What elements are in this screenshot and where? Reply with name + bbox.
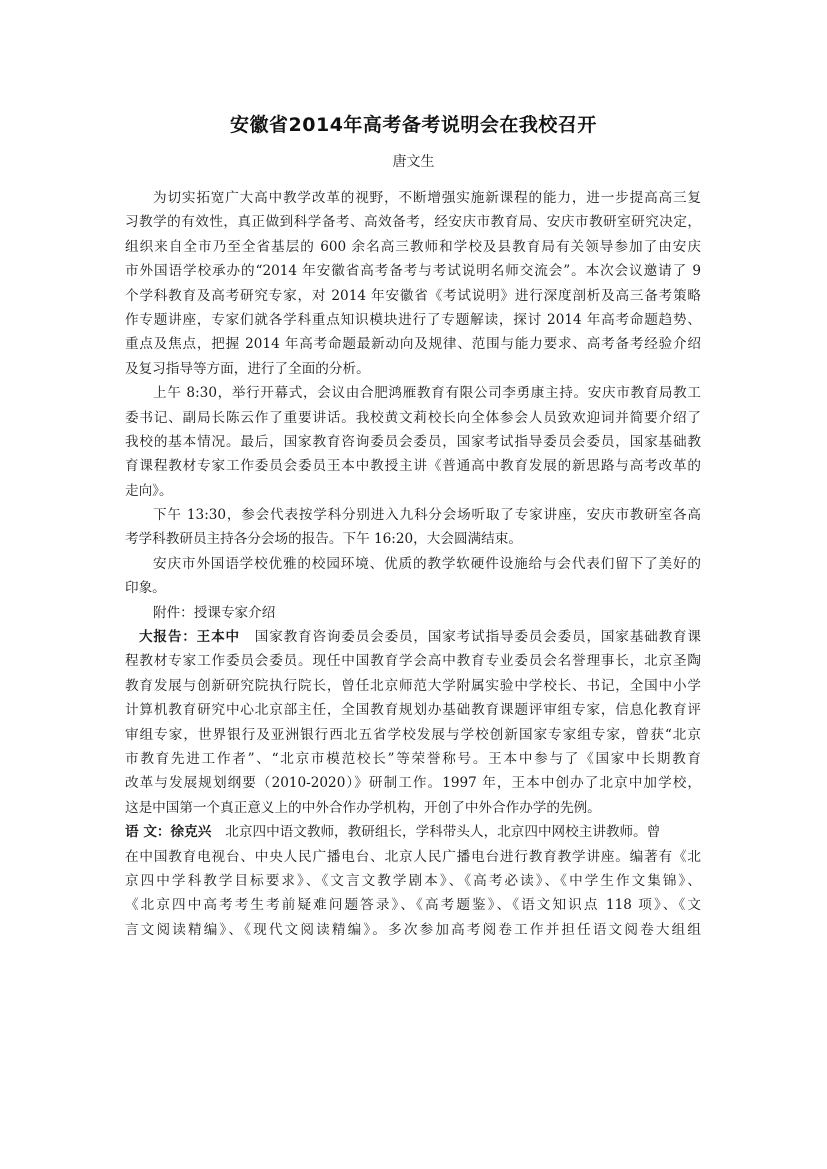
article-body: 为切实拓宽广大高中教学改革的视野，不断增强实施新课程的能力，进一步提高高三复 习… — [125, 186, 701, 942]
text-line: 大报告：王本中国家教育咨询委员会委员，国家考试指导委员会委员，国家基础教育课 — [125, 625, 701, 649]
article-author: 唐文生 — [0, 151, 827, 171]
expert-text: 北京四中语文教师，教研组长，学科带头人，北京四中网校主讲教师。曾 — [225, 824, 660, 840]
text-line: 语 文：徐克兴北京四中语文教师，教研组长，学科带头人，北京四中网校主讲教师。曾 — [125, 820, 701, 844]
expert-xu-kexing: 语 文：徐克兴北京四中语文教师，教研组长，学科带头人，北京四中网校主讲教师。曾 … — [125, 820, 701, 942]
document-page: 安徽省2014年高考备考说明会在我校召开 唐文生 为切实拓宽广大高中教学改革的视… — [0, 0, 827, 1169]
text-line: 及复习指导等方面，进行了全面的分析。 — [125, 357, 701, 381]
text-line: 组织来自全市乃至全省基层的 600 余名高三教师和学校及县教育局有关领导参加了由… — [125, 235, 701, 259]
paragraph-campus: 安庆市外国语学校优雅的校园环境、优质的教学软硬件设施给与会代表们留下了美好的 印… — [125, 552, 701, 601]
text-line: 《北京四中高考考生考前疑难问题答录》、《高考题鉴》、《语文知识点 118 项》、… — [125, 893, 701, 917]
text-line: 市外国语学校承办的“2014 年安徽省高考备考与考试说明名师交流会”。本次会议邀… — [125, 259, 701, 283]
text-line: 教育发展与创新研究院执行院长，曾任北京师范大学附属实验中学校长、书记，全国中小学 — [125, 674, 701, 698]
text-line: 育课程教材专家工作委员会委员王本中教授主讲《普通高中教育发展的新思路与高考改革的 — [125, 454, 701, 478]
paragraph-intro: 为切实拓宽广大高中教学改革的视野，不断增强实施新课程的能力，进一步提高高三复 习… — [125, 186, 701, 381]
text-line: 习教学的有效性，真正做到科学备考、高效备考，经安庆市教育局、安庆市教研室研究决定… — [125, 210, 701, 234]
expert-lead: 语 文：徐克兴 — [125, 824, 211, 840]
text-line: 市教育先进工作者”、“北京市模范校长”等荣誉称号。王本中参与了《国家中长期教育 — [125, 747, 701, 771]
text-line: 重点及焦点，把握 2014 年高考命题最新动向及规律、范围与能力要求、高考备考经… — [125, 332, 701, 356]
expert-text: 国家教育咨询委员会委员，国家考试指导委员会委员，国家基础教育课 — [254, 629, 701, 645]
paragraph-afternoon: 下午 13:30，参会代表按学科分别进入九科分会场听取了专家讲座，安庆市教研室各… — [125, 503, 701, 552]
text-line: 审组专家，世界银行及亚洲银行西北五省学校发展与学校创新国家专家组专家，曾获“北京 — [125, 723, 701, 747]
text-line: 言文阅读精编》、《现代文阅读精编》。多次参加高考阅卷工作并担任语文阅卷大组组 — [125, 918, 701, 942]
text-line: 改革与发展规划纲要（2010-2020）》研制工作。1997 年，王本中创办了北… — [125, 771, 701, 795]
text-line: 个学科教育及高考研究专家，对 2014 年安徽省《考试说明》进行深度剖析及高三备… — [125, 284, 701, 308]
text-line: 印象。 — [125, 576, 701, 600]
text-line: 考学科教研员主持各分会场的报告。下午 16:20，大会圆满结束。 — [125, 527, 701, 551]
text-line: 京四中学科教学目标要求》、《文言文教学剧本》、《高考必读》、《中学生作文集锦》、 — [125, 869, 701, 893]
expert-lead: 大报告：王本中 — [139, 629, 240, 645]
text-line: 在中国教育电视台、中央人民广播电台、北京人民广播电台进行教育教学讲座。编著有《北 — [125, 845, 701, 869]
paragraph-attachment: 附件：授课专家介绍 — [125, 601, 701, 625]
text-line: 作专题讲座，专家们就各学科重点知识模块进行了专题解读，探讨 2014 年高考命题… — [125, 308, 701, 332]
text-line: 安庆市外国语学校优雅的校园环境、优质的教学软硬件设施给与会代表们留下了美好的 — [125, 552, 701, 576]
text-line: 走向》。 — [125, 479, 701, 503]
text-line: 这是中国第一个真正意义上的中外合作办学机构，开创了中外合作办学的先例。 — [125, 796, 701, 820]
article-title: 安徽省2014年高考备考说明会在我校召开 — [0, 110, 827, 137]
text-line: 下午 13:30，参会代表按学科分别进入九科分会场听取了专家讲座，安庆市教研室各… — [125, 503, 701, 527]
text-line: 计算机教育研究中心北京部主任，全国教育规划办基础教育课题评审组专家，信息化教育评 — [125, 698, 701, 722]
text-line: 程教材专家工作委员会委员。现任中国教育学会高中教育专业委员会名誉理事长，北京圣陶 — [125, 649, 701, 673]
text-line: 委书记、副局长陈云作了重要讲话。我校黄文莉校长向全体参会人员致欢迎词并简要介绍了 — [125, 406, 701, 430]
text-line: 为切实拓宽广大高中教学改革的视野，不断增强实施新课程的能力，进一步提高高三复 — [125, 186, 701, 210]
expert-wang-benzhong: 大报告：王本中国家教育咨询委员会委员，国家考试指导委员会委员，国家基础教育课 程… — [125, 625, 701, 820]
attachment-label: 附件：授课专家介绍 — [125, 601, 701, 625]
text-line: 我校的基本情况。最后，国家教育咨询委员会委员，国家考试指导委员会委员，国家基础教 — [125, 430, 701, 454]
paragraph-morning: 上午 8:30，举行开幕式，会议由合肥鸿雁教育有限公司李勇康主持。安庆市教育局教… — [125, 381, 701, 503]
text-line: 上午 8:30，举行开幕式，会议由合肥鸿雁教育有限公司李勇康主持。安庆市教育局教… — [125, 381, 701, 405]
